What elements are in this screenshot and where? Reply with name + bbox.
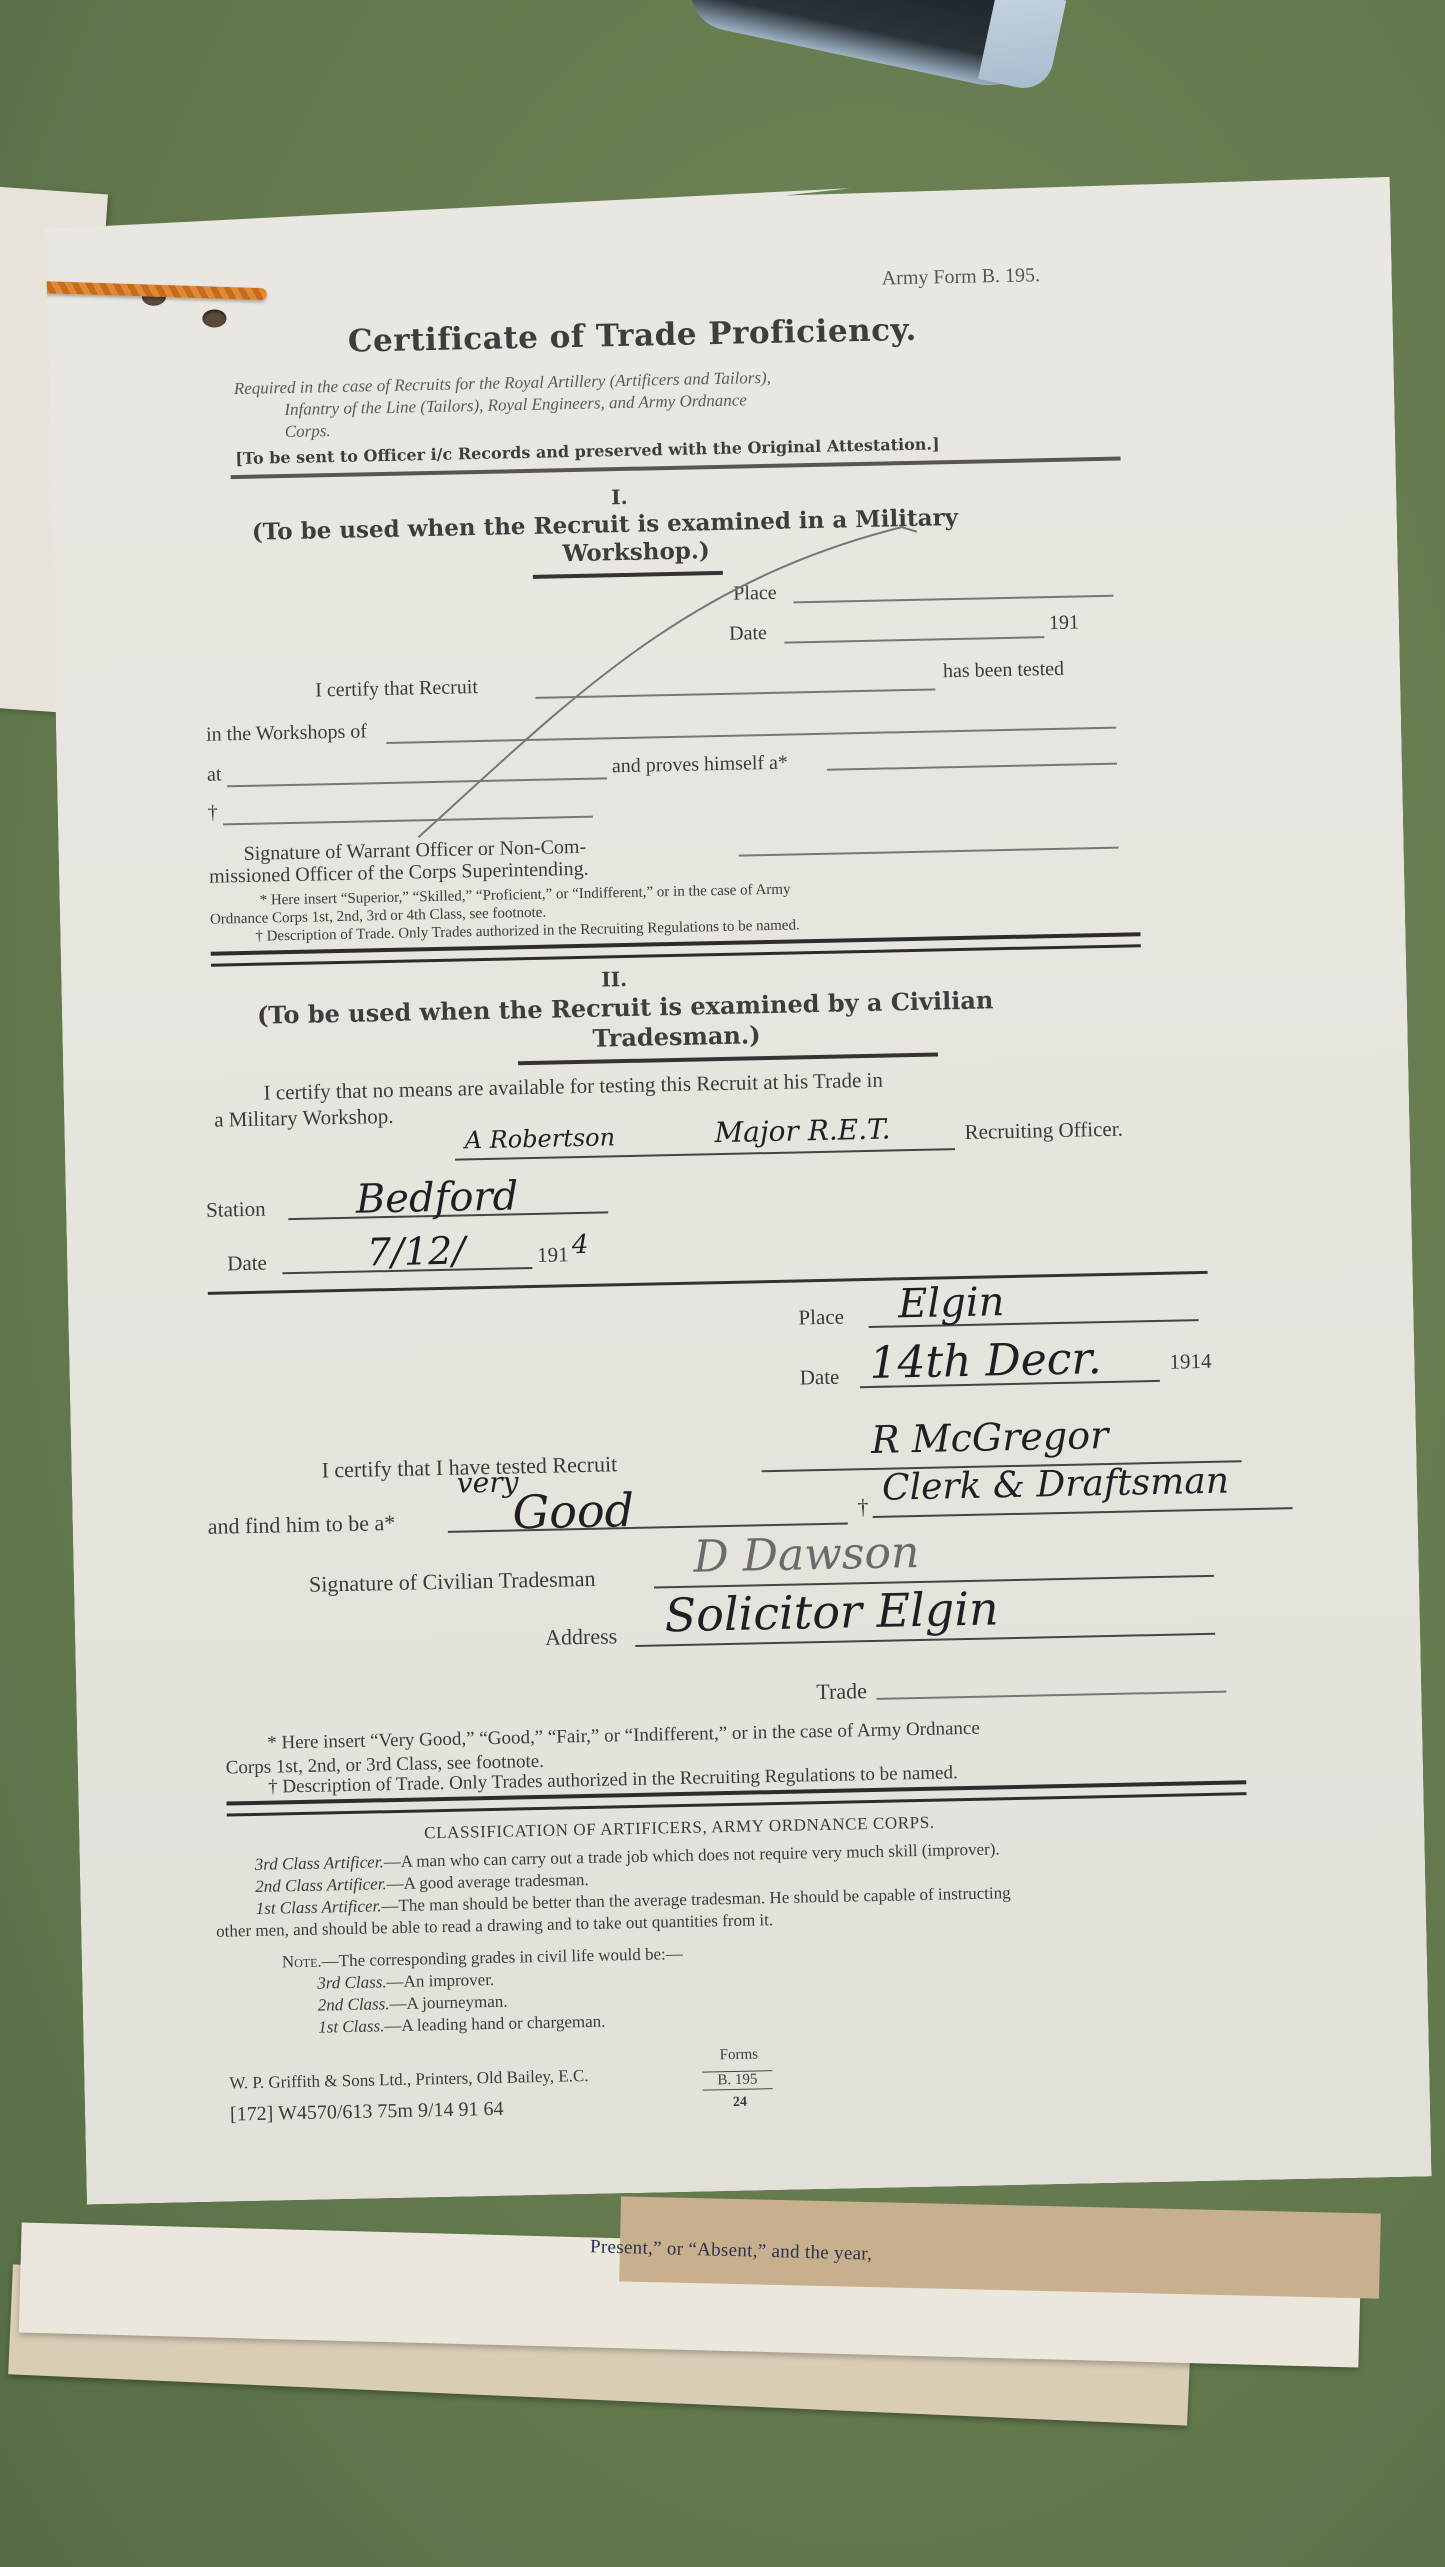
print-code: [172] W4570/613 75m 9/14 91 64: [230, 2098, 504, 2127]
classification-text: —A man who can carry out a trade job whi…: [384, 1839, 1000, 1871]
s1-dagger: †: [208, 802, 218, 825]
strike-through-mark: [382, 516, 949, 848]
civil-grade-text: —A journeyman.: [389, 1992, 507, 2013]
s2-year-suffix: 4: [572, 1230, 589, 1260]
civil-grade-text: —An improver.: [386, 1970, 494, 1991]
punch-hole: [202, 309, 226, 327]
printer-imprint: W. P. Griffith & Sons Ltd., Printers, Ol…: [229, 2066, 589, 2094]
section-2-numeral: II.: [601, 967, 627, 992]
tradesman-signature-label: Signature of Civilian Tradesman: [309, 1566, 596, 1598]
trade-dagger: †: [857, 1494, 869, 1520]
recruiting-officer-signature: A Robertson: [464, 1123, 615, 1154]
classification-grade: 1st Class Artificer.: [256, 1896, 382, 1918]
subtitle-line-3: Corps.: [285, 421, 331, 442]
trade-description-field[interactable]: [873, 1507, 1293, 1518]
civil-grade-3rd: 3rd Class.—An improver.: [317, 1970, 494, 1994]
civil-grade: 3rd Class.: [317, 1972, 387, 1992]
tradesman-signature: D Dawson: [693, 1527, 920, 1583]
forms-number: B. 195: [702, 2070, 772, 2090]
plastic-pouch: [684, 0, 1057, 96]
civil-grade-1st: 1st Class.—A leading hand or chargeman.: [318, 2012, 606, 2038]
trade-field[interactable]: [876, 1691, 1226, 1700]
station-value: Bedford: [355, 1173, 518, 1222]
s1-year-prefix: 191: [1049, 611, 1079, 635]
classification-text: —A good average tradesman.: [386, 1870, 588, 1893]
grade-value: Good: [512, 1483, 635, 1540]
civil-grade: 1st Class.: [318, 2016, 385, 2036]
s1-workshops-label: in the Workshops of: [206, 720, 367, 746]
find-him-label: and find him to be a*: [207, 1510, 395, 1540]
s2-date2-label: Date: [799, 1365, 839, 1391]
forms-label: Forms: [709, 2046, 769, 2064]
civil-grade-2nd: 2nd Class.—A journeyman.: [318, 1992, 508, 2016]
address-label: Address: [545, 1623, 618, 1651]
certificate-form: Army Form B. 195. Certificate of Trade P…: [45, 177, 1432, 2205]
recruiting-officer-label: Recruiting Officer.: [964, 1117, 1123, 1145]
s2-no-means-line-1: I certify that no means are available fo…: [263, 1068, 883, 1106]
s2-footnote-1: * Here insert “Very Good,” “Good,” “Fair…: [267, 1718, 980, 1755]
s2-date-label: Date: [227, 1251, 267, 1277]
note-label: Note.: [282, 1952, 322, 1972]
trade-description: Clerk & Draftsman: [882, 1460, 1230, 1508]
classification-note: Note.—The corresponding grades in civil …: [282, 1944, 683, 1972]
classification-grade: 2nd Class Artificer.: [255, 1874, 387, 1896]
classification-heading: CLASSIFICATION OF ARTIFICERS, ARMY ORDNA…: [424, 1813, 935, 1844]
document-title: Certificate of Trade Proficiency.: [348, 312, 918, 360]
s2-place-label: Place: [798, 1305, 844, 1331]
s2-date2-value: 14th Decr.: [869, 1333, 1102, 1389]
note-text: —The corresponding grades in civil life …: [321, 1944, 682, 1971]
s1-tested-label: has been tested: [943, 658, 1065, 684]
civil-grade-text: —A leading hand or chargeman.: [384, 2012, 605, 2036]
form-number: Army Form B. 195.: [881, 264, 1040, 290]
trade-label: Trade: [816, 1678, 867, 1705]
civil-grade: 2nd Class.: [318, 1994, 390, 2014]
section-2-heading-rule: [518, 1052, 938, 1065]
classification-grade: 3rd Class Artificer.: [255, 1852, 384, 1874]
recruit-name: R McGregor: [871, 1413, 1109, 1462]
s1-at-label: at: [207, 763, 222, 786]
grade-insert: very: [457, 1465, 519, 1499]
s2-place-value: Elgin: [898, 1279, 1005, 1327]
address-value: Solicitor Elgin: [664, 1581, 999, 1642]
classification-3rd: 3rd Class Artificer.—A man who can carry…: [255, 1839, 1000, 1875]
section-1-numeral: I.: [611, 485, 628, 509]
s1-signature-field[interactable]: [739, 847, 1119, 857]
recruiting-officer-rank: Major R.E.T.: [714, 1112, 891, 1149]
forms-sub: 24: [710, 2094, 770, 2111]
officer-section-rule: [208, 1271, 1208, 1295]
s2-date2-year: 1914: [1169, 1349, 1212, 1375]
section-2-heading-2: Tradesman.): [592, 1020, 761, 1053]
station-label: Station: [206, 1197, 266, 1223]
s2-no-means-line-2: a Military Workshop.: [214, 1104, 394, 1133]
s2-year-prefix: 191: [537, 1242, 569, 1268]
paper-stack: [0, 2180, 1380, 2420]
s2-date-value: 7/12/: [367, 1228, 466, 1274]
